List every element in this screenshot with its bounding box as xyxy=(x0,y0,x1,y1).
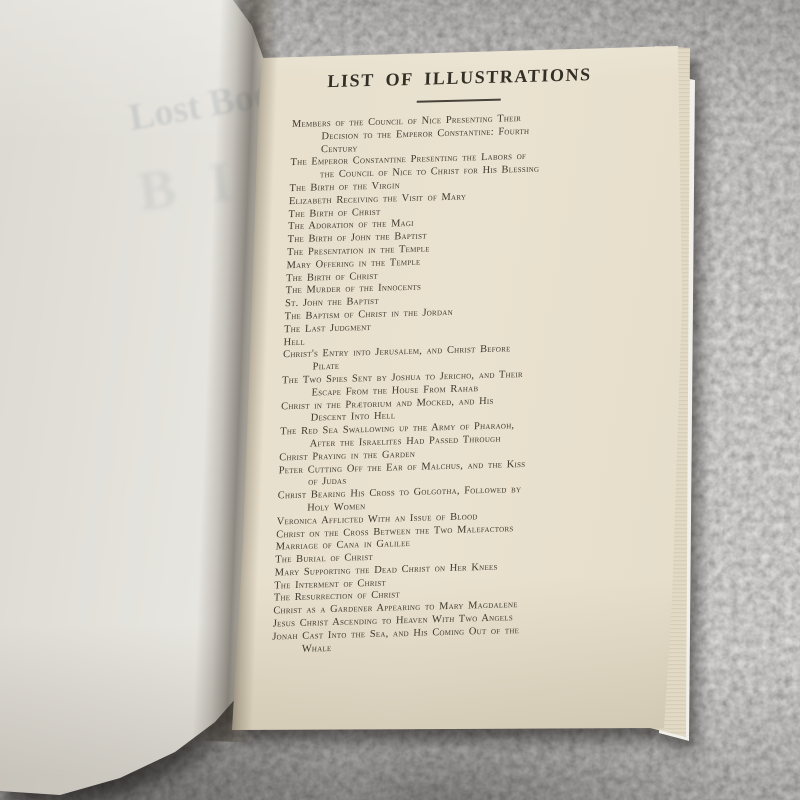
photo-of-open-book: Lost Book B I B LIST OF ILLUSTRATIONS Me… xyxy=(0,0,800,800)
illustration-entries: Members of the Council of Nice Presentin… xyxy=(272,110,625,657)
list-of-illustrations-page: LIST OF ILLUSTRATIONS Members of the Cou… xyxy=(272,63,626,657)
title-divider-rule xyxy=(417,99,501,103)
